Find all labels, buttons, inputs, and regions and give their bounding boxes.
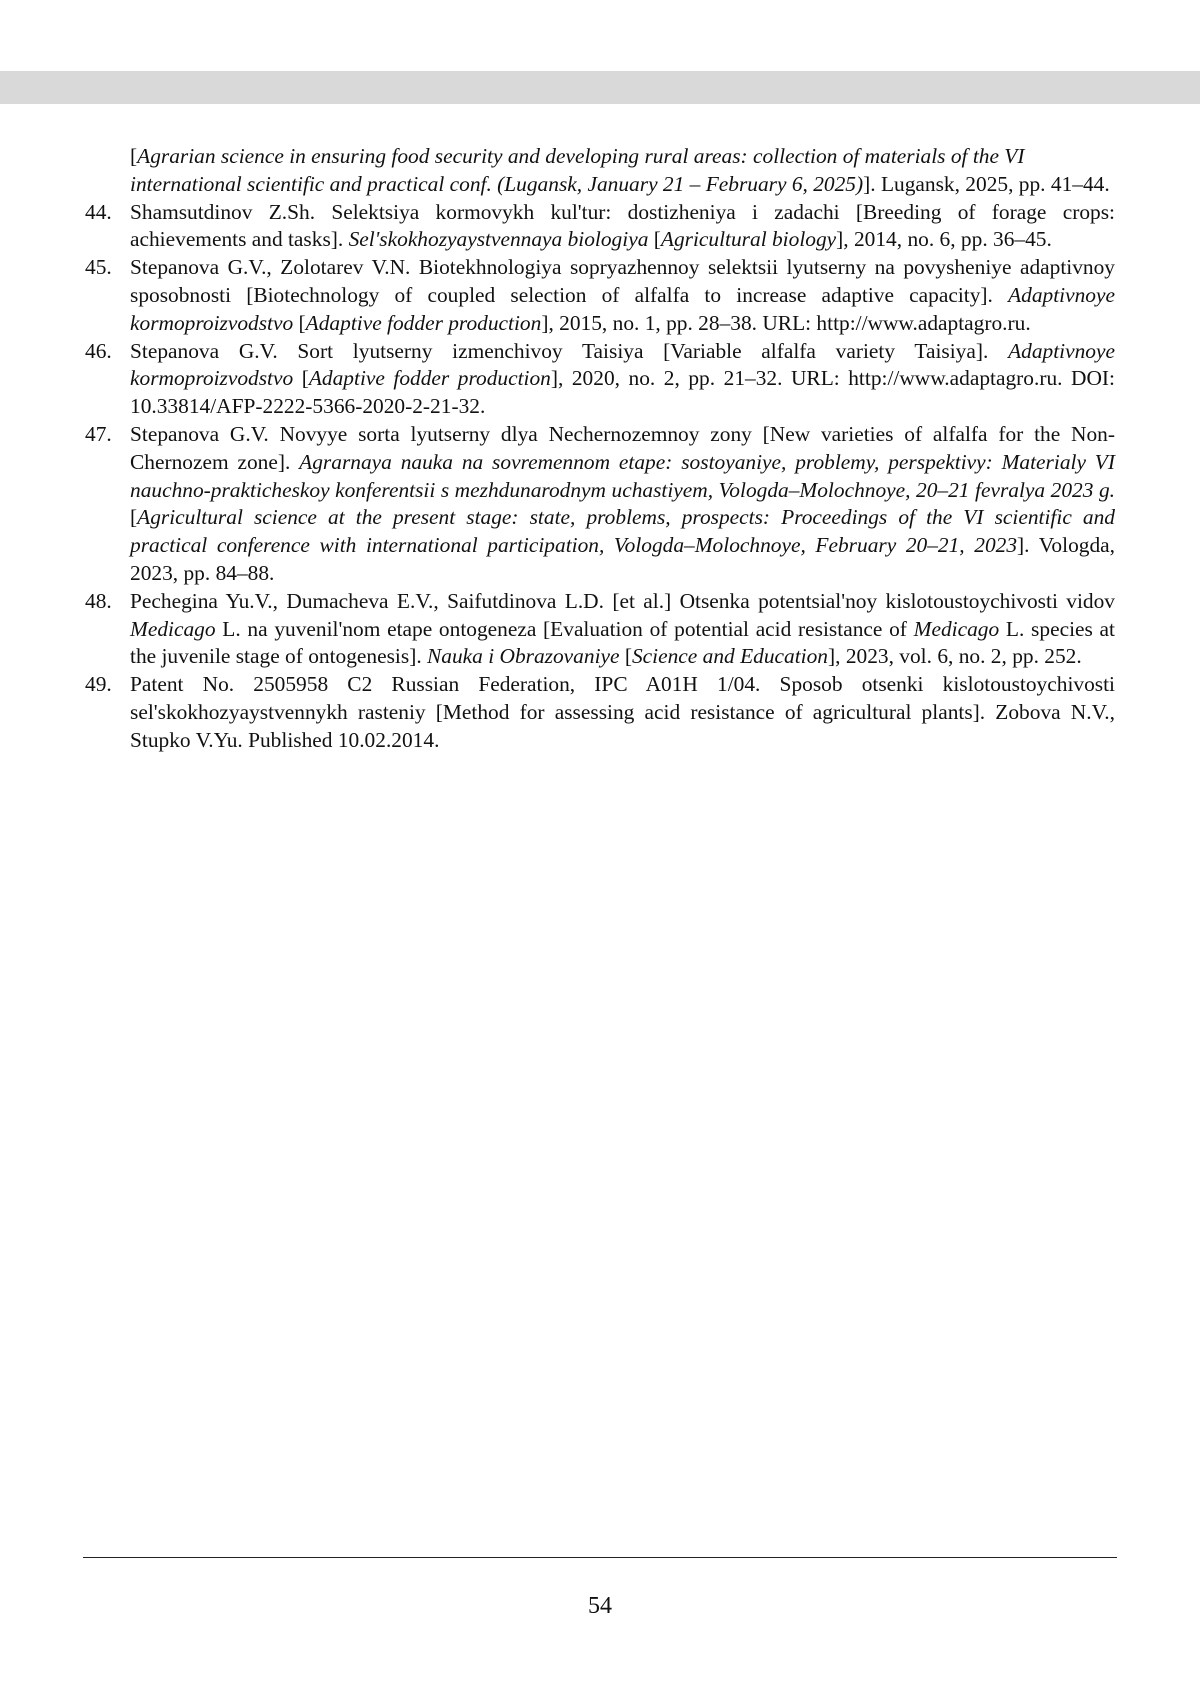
reference-number: 48.: [85, 588, 112, 616]
reference-body: Stepanova G.V. Novyye sorta lyutserny dl…: [130, 421, 1115, 588]
reference-item: 49.Patent No. 2505958 C2 Russian Federat…: [85, 671, 1115, 754]
reference-body: [Agrarian science in ensuring food secur…: [130, 144, 1110, 196]
reference-number: 49.: [85, 671, 112, 699]
top-toolbar-band: [0, 71, 1200, 104]
reference-item: 47.Stepanova G.V. Novyye sorta lyutserny…: [85, 421, 1115, 588]
reference-continuation: [Agrarian science in ensuring food secur…: [85, 143, 1115, 199]
reference-body: Pechegina Yu.V., Dumacheva E.V., Saifutd…: [130, 588, 1115, 671]
reference-body: Stepanova G.V. Sort lyutserny izmenchivo…: [130, 338, 1115, 421]
reference-body: Patent No. 2505958 C2 Russian Federation…: [130, 671, 1115, 754]
reference-item: 44.Shamsutdinov Z.Sh. Selektsiya kormovy…: [85, 199, 1115, 255]
footer-rule: [83, 1557, 1117, 1558]
reference-number: 46.: [85, 338, 112, 366]
reference-number: 47.: [85, 421, 112, 449]
reference-number: 44.: [85, 199, 112, 227]
reference-item: 48.Pechegina Yu.V., Dumacheva E.V., Saif…: [85, 588, 1115, 671]
reference-item: 46.Stepanova G.V. Sort lyutserny izmench…: [85, 338, 1115, 421]
reference-number: 45.: [85, 254, 112, 282]
page-number: 54: [0, 1593, 1200, 1620]
reference-body: Stepanova G.V., Zolotarev V.N. Biotekhno…: [130, 254, 1115, 337]
reference-item: 45.Stepanova G.V., Zolotarev V.N. Biotek…: [85, 254, 1115, 337]
reference-body: Shamsutdinov Z.Sh. Selektsiya kormovykh …: [130, 199, 1115, 255]
reference-list: [Agrarian science in ensuring food secur…: [85, 143, 1115, 755]
